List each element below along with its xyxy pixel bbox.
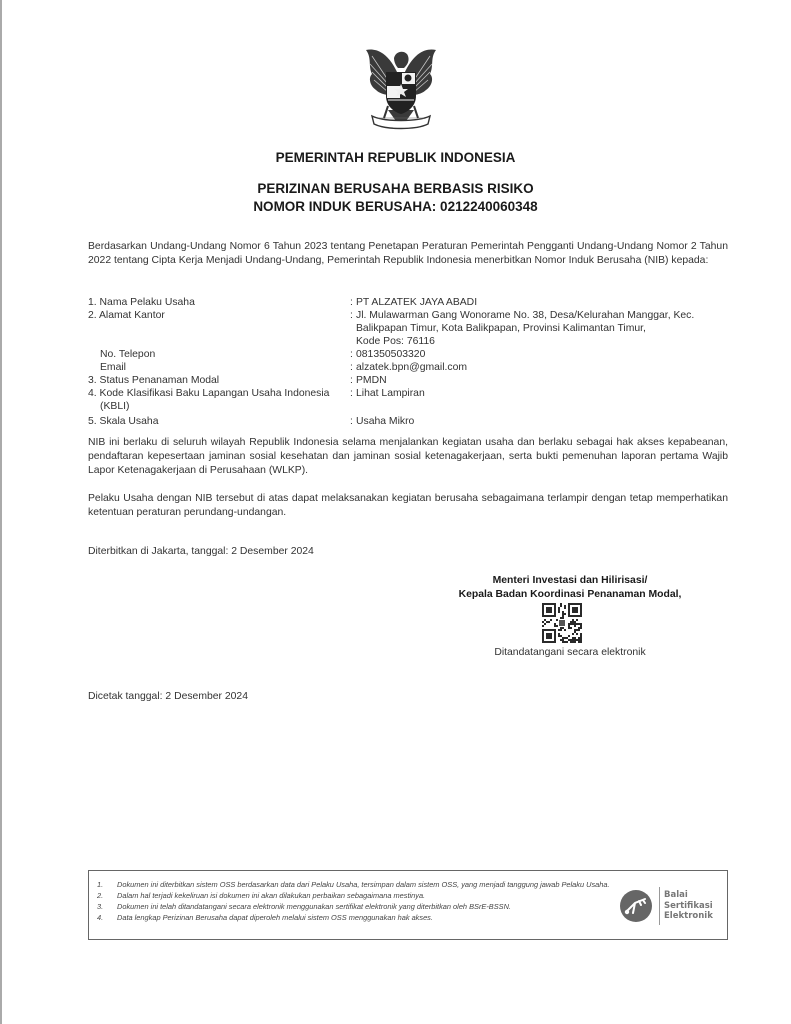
field-value: Usaha Mikro [356, 415, 738, 428]
permission-paragraph: Pelaku Usaha dengan NIB tersebut di atas… [88, 492, 728, 520]
field-office-address: 2. Alamat Kantor : Jl. Mulawarman Gang W… [88, 309, 738, 348]
printed-date: Dicetak tanggal: 2 Desember 2024 [88, 691, 248, 702]
field-label: 1. Nama Pelaku Usaha [88, 296, 350, 309]
field-label: 5. Skala Usaha [88, 415, 350, 428]
field-value: 081350503320 [356, 348, 738, 361]
document-title: PERIZINAN BERUSAHA BERBASIS RISIKO NOMOR… [0, 180, 791, 216]
bsre-logo: Balai Sertifikasi Elektronik [619, 885, 724, 927]
disclaimer-item: 3.Dokumen ini telah ditandatangani secar… [97, 901, 617, 912]
disclaimer-item: 2.Dalam hal terjadi kekeliruan isi dokum… [97, 890, 617, 901]
signatory-title-line2: Kepala Badan Koordinasi Penanaman Modal, [420, 589, 720, 600]
field-value: Jl. Mulawarman Gang Wonorame No. 38, Des… [356, 309, 738, 348]
signatory-title-line1: Menteri Investasi dan Hilirisasi/ [420, 575, 720, 586]
field-business-scale: 5. Skala Usaha : Usaha Mikro [88, 415, 738, 428]
field-label: Email [88, 361, 350, 374]
field-investment-status: 3. Status Penanaman Modal : PMDN [88, 374, 738, 387]
field-phone: No. Telepon : 081350503320 [88, 348, 738, 361]
issued-date: Diterbitkan di Jakarta, tanggal: 2 Desem… [88, 546, 314, 557]
garuda-pancasila-emblem-icon [358, 44, 444, 136]
field-label: No. Telepon [88, 348, 350, 361]
business-details: 1. Nama Pelaku Usaha : PT ALZATEK JAYA A… [88, 296, 738, 428]
address-line: Jl. Mulawarman Gang Wonorame No. 38, Des… [356, 309, 738, 322]
field-label-line: (KBLI) [88, 400, 350, 413]
field-kbli: 4. Kode Klasifikasi Baku Lapangan Usaha … [88, 387, 738, 413]
field-label: 3. Status Penanaman Modal [88, 374, 350, 387]
bsre-logo-icon [619, 889, 653, 923]
bsre-text: Balai Sertifikasi Elektronik [664, 890, 713, 922]
validity-paragraph: NIB ini berlaku di seluruh wilayah Repub… [88, 436, 728, 478]
document-title-line1: PERIZINAN BERUSAHA BERBASIS RISIKO [0, 180, 791, 198]
field-business-name: 1. Nama Pelaku Usaha : PT ALZATEK JAYA A… [88, 296, 738, 309]
field-value: Lihat Lampiran [356, 387, 738, 413]
disclaimer-list: 1.Dokumen ini diterbitkan sistem OSS ber… [97, 879, 617, 923]
address-line: Balikpapan Timur, Kota Balikpapan, Provi… [356, 322, 738, 335]
intro-paragraph: Berdasarkan Undang-Undang Nomor 6 Tahun … [88, 240, 728, 268]
government-heading: PEMERINTAH REPUBLIK INDONESIA [0, 150, 791, 165]
qr-code-icon [542, 603, 582, 643]
address-line: Kode Pos: 76116 [356, 335, 738, 348]
footer-disclaimer-box: 1.Dokumen ini diterbitkan sistem OSS ber… [88, 870, 728, 940]
field-label: 4. Kode Klasifikasi Baku Lapangan Usaha … [88, 387, 350, 413]
field-value: PMDN [356, 374, 738, 387]
field-email: Email : alzatek.bpn@gmail.com [88, 361, 738, 374]
nib-number: NOMOR INDUK BERUSAHA: 0212240060348 [0, 198, 791, 216]
disclaimer-item: 4.Data lengkap Perizinan Berusaha dapat … [97, 912, 617, 923]
field-label-line: 4. Kode Klasifikasi Baku Lapangan Usaha … [88, 387, 350, 400]
bsre-divider [659, 887, 660, 925]
disclaimer-item: 1.Dokumen ini diterbitkan sistem OSS ber… [97, 879, 617, 890]
field-value: PT ALZATEK JAYA ABADI [356, 296, 738, 309]
electronic-signature-note: Ditandatangani secara elektronik [420, 647, 720, 658]
field-value: alzatek.bpn@gmail.com [356, 361, 738, 374]
field-label: 2. Alamat Kantor [88, 309, 350, 348]
